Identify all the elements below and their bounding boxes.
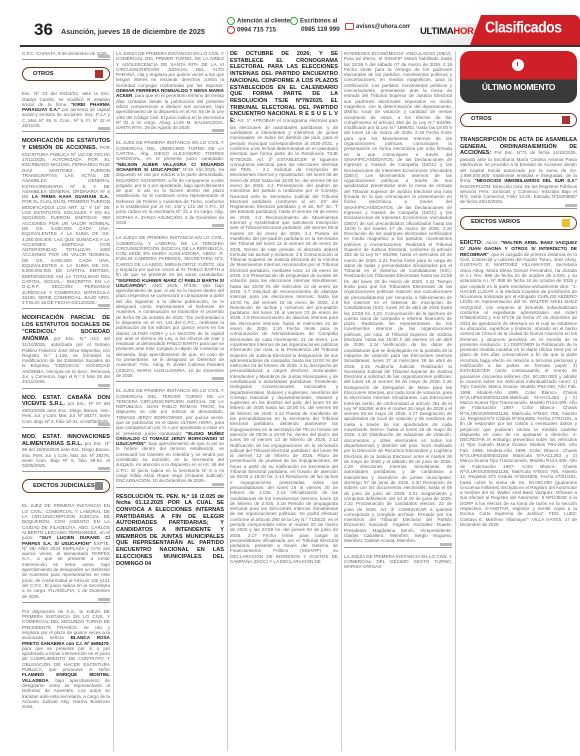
classified-ad: EDICTO: Juicio: "WALTER ARIEL BAEZ VAZQU… — [460, 240, 577, 527]
divider — [22, 427, 110, 431]
column-divider — [113, 51, 114, 751]
classified-ad: MOD. ESTAT. CABAÑA DON VICENTE S.R.L. po… — [22, 395, 110, 424]
clock-icon — [512, 59, 524, 71]
column-3: DE OCTUBRE DE 2026; Y SE ESTABLECE EL CR… — [230, 51, 338, 751]
folder-icon — [95, 70, 103, 78]
classified-ad: Esc. Nº 23 del 04/04/24, ante la Esc. Gl… — [22, 91, 110, 128]
customer-service-contact: Atención al cliente: 0994 715 715 — [227, 17, 292, 34]
classified-ad: DE OCTUBRE DE 2026; Y SE ESTABLECE EL CR… — [230, 51, 338, 564]
section-header-edictos-judiciales: EDICTOS JUDICIALES — [22, 479, 110, 493]
classified-ad: EL JUEZ DE PRIMERA INSTANCIA EN LO CIVIL… — [22, 503, 110, 598]
classified-ad: MODIFICACIÓN DE ESTATUTOS Y EMISIÓN DE A… — [22, 138, 110, 305]
whatsapp-icon — [227, 17, 235, 25]
document-icon — [562, 219, 570, 227]
divider — [22, 308, 110, 312]
divider — [22, 59, 110, 63]
column-1: C.P.C.-CAPIATA, 9 de Diciembre de 2025. … — [22, 51, 110, 751]
divider — [116, 487, 224, 491]
divider — [116, 133, 224, 137]
column-divider — [455, 51, 456, 751]
classified-ad: LA JUEZA DE PRIMERA INSTANCIA EN LO CIVI… — [116, 51, 224, 130]
section-header-otros: OTROS — [22, 67, 110, 81]
divider — [22, 131, 110, 135]
folder-icon — [562, 116, 570, 124]
section-title: Clasificados — [485, 18, 561, 36]
column-4: INTERESES ECONÓMICOS VINCULADOS (DIEV). … — [344, 51, 452, 751]
whatsapp-phone[interactable]: 0985 119 999 — [301, 26, 340, 33]
ad-text: C.P.C.-CAPIATA, 9 de Diciembre de 2025. — [22, 51, 110, 56]
divider — [22, 388, 110, 392]
classified-ad: EL JUEZ DE PRIMERA INSTANCIA EN LO CIVIL… — [116, 140, 224, 225]
envelope-icon — [345, 23, 354, 30]
column-divider — [341, 51, 342, 751]
classified-ad: LA JUEZA DE PRIMERA INSTANCIA EN LO CIVI… — [344, 554, 452, 570]
divider — [116, 381, 224, 385]
classified-ad: MODIFICACIÓN PARCIAL DE LOS ESTATUTOS SO… — [22, 315, 110, 384]
publication-date: Asunción, jueves 18 de diciembre de 2025 — [61, 27, 205, 36]
classified-ad: EL JUEZ DE PRIMERA INSTANCIA EN LO CIVIL… — [116, 388, 224, 483]
classified-ad: MOD. ESTAT. INNOVACIONES ALIMENTARIAS S.… — [22, 434, 110, 469]
gavel-icon — [95, 482, 103, 490]
divider — [22, 602, 110, 606]
divider — [22, 471, 110, 475]
column-6: ÚLTIMO MOMENTO OTROS TRANSCRIPCIÓN DE AC… — [460, 51, 577, 751]
header-rule — [20, 45, 580, 47]
section-header-edictos-varios: EDICTOS VARIOS — [460, 216, 577, 230]
column-divider — [227, 51, 228, 751]
classified-ad: INTERESES ECONÓMICOS VINCULADOS (DIEV). … — [344, 51, 452, 544]
ultimo-momento-banner[interactable]: ÚLTIMO MOMENTO — [460, 51, 577, 103]
phone-icon — [227, 26, 235, 34]
whatsapp-icon — [290, 17, 298, 25]
brand-logo: ULTIMAHORA — [420, 26, 480, 37]
divider — [460, 208, 577, 212]
page-number: 36 — [34, 20, 53, 40]
classified-ad: LA JUEZA DE PRIMERA INSTANCIA EN LO CIVI… — [116, 235, 224, 378]
customer-service-label: Atención al cliente: — [237, 19, 292, 25]
page-header: 36 Asunción, jueves 18 de diciembre de 2… — [0, 0, 580, 46]
customer-service-phone[interactable]: 0994 715 715 — [237, 26, 276, 33]
classified-ad: RESOLUCIÓN TE. PEN. N.º 16 /2.025 de fec… — [116, 494, 224, 568]
divider — [344, 547, 452, 551]
email-contact: avisos@uhora.com.py — [345, 23, 420, 31]
whatsapp-contact: Escribinos al 0985 119 999 — [290, 17, 340, 34]
divider — [116, 228, 224, 232]
classified-ad: TRANSCRIPCIÓN DE ACTA DE ASAMBLEA GENERA… — [460, 137, 577, 205]
section-header-otros: OTROS — [460, 113, 577, 127]
whatsapp-label: Escribinos al — [300, 19, 337, 25]
column-2: LA JUEZA DE PRIMERA INSTANCIA EN LO CIVI… — [116, 51, 224, 751]
classified-ad: Por disposición de S.S., la JUEZA DE PRI… — [22, 609, 110, 710]
